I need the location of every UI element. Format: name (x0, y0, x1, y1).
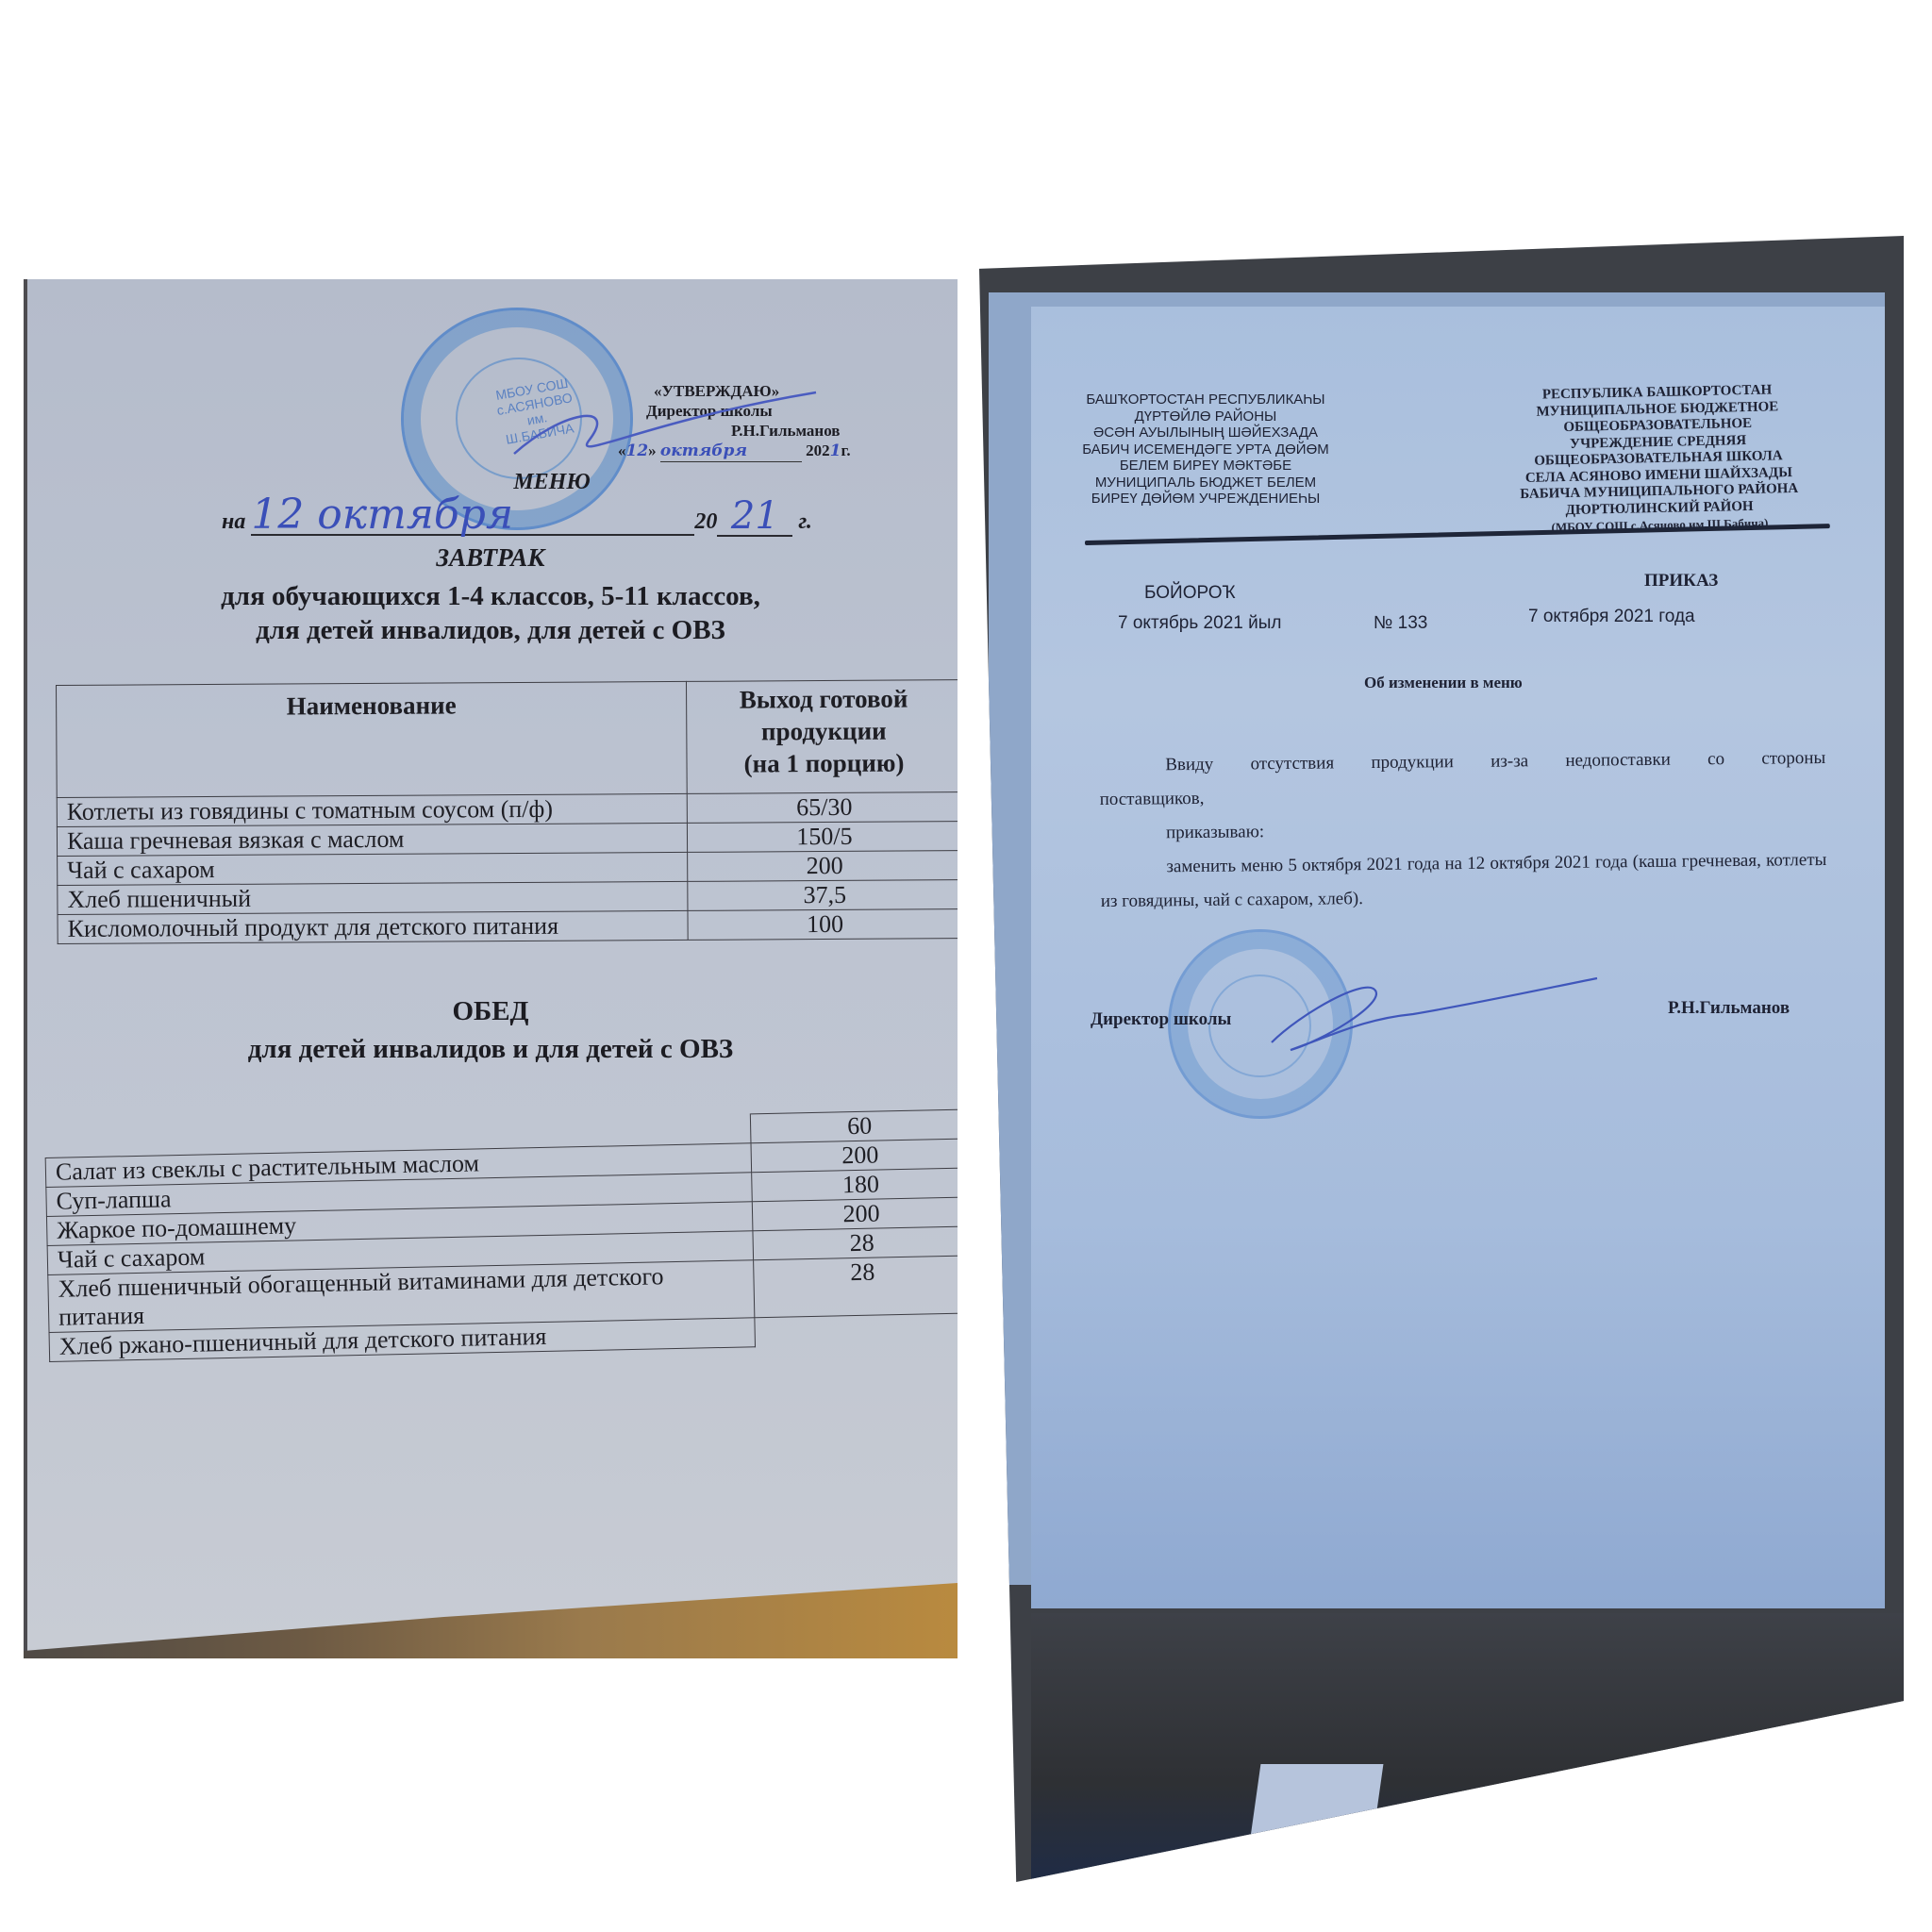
breakfast-table: Наименование Выход готовой продукции (на… (56, 679, 958, 944)
header-bashkir-line: МУНИЦИПАЛЬ БЮДЖЕТ БЕЛЕМ (1064, 475, 1347, 491)
lunch-subtitle: для детей инвалидов и для детей с ОВЗ (24, 1034, 958, 1065)
table-row: Котлеты из говядины с томатным соусом (п… (57, 792, 958, 827)
menu-date-line: на 12 октября2021 г. (222, 496, 812, 537)
breakfast-subtitle: для обучающихся 1-4 классов, 5-11 классо… (24, 579, 958, 647)
header-bashkir-line: ДҮРТӨЙЛӨ РАЙОНЫ (1064, 408, 1347, 425)
dish-output: 200 (688, 851, 958, 882)
order-document: БАШҠОРТОСТАН РЕСПУБЛИКАҺЫ ДҮРТӨЙЛӨ РАЙОН… (979, 236, 1904, 1882)
dish-output: 150/5 (687, 822, 958, 853)
wooden-table-edge (24, 1583, 958, 1658)
column-header-output-line1: Выход готовой (696, 682, 951, 716)
dish-name: Кисломолочный продукт для детского питан… (58, 910, 688, 943)
breakfast-subtitle-line1: для обучающихся 1-4 классов, 5-11 классо… (24, 579, 958, 613)
dish-output: 65/30 (687, 792, 958, 824)
header-bashkir-line: БИРЕҮ ДӨЙӨМ УЧРЕЖДЕНИЕҺЫ (1064, 491, 1347, 508)
dish-output: 28 (754, 1256, 958, 1318)
dish-output: 200 (751, 1139, 958, 1173)
menu-year-prefix: 20 (694, 509, 717, 534)
table-row: Хлеб пшеничный37,5 (58, 880, 958, 915)
header-divider (1085, 524, 1830, 545)
column-header-output-line2: продукции (696, 714, 951, 748)
menu-date-handwritten: 12 октября (251, 496, 694, 536)
dish-name: Хлеб пшеничный (58, 881, 688, 914)
header-bashkir: БАШҠОРТОСТАН РЕСПУБЛИКАҺЫ ДҮРТӨЙЛӨ РАЙОН… (1064, 391, 1347, 508)
dish-name: Каша гречневая вязкая с маслом (57, 823, 687, 856)
order-number: № 133 (1374, 613, 1427, 634)
order-subject: Об изменении в меню (1364, 674, 1523, 692)
dish-output: 180 (752, 1168, 958, 1202)
header-bashkir-line: ӘСӘН АУЫЛЫНЫҢ ШӘЙЕХЗАДА (1064, 425, 1347, 441)
dish-output: 200 (752, 1197, 958, 1231)
director-signature (1262, 967, 1602, 1052)
lunch-table: 60 Салат из свеклы с растительным маслом… (44, 1108, 958, 1361)
title-russian: ПРИКАЗ (1644, 571, 1718, 591)
lunch-rows: 60 Салат из свеклы с растительным маслом… (45, 1109, 958, 1361)
approval-suffix: г. (841, 441, 851, 459)
menu-photo: МБОУ СОШ с.АСЯНОВО им. Ш.БАБИЧА «УТВЕРЖД… (24, 279, 958, 1658)
header-bashkir-line: БЕЛЕМ БИРЕҮ МӘКТӘБЕ (1064, 458, 1347, 475)
dish-output: 60 (750, 1109, 958, 1143)
column-header-output-line3: (на 1 порцию) (696, 746, 951, 780)
header-bashkir-line: БАШҠОРТОСТАН РЕСПУБЛИКАҺЫ (1064, 391, 1347, 408)
column-header-name: Наименование (57, 681, 688, 797)
table-row: Кисломолочный продукт для детского питан… (58, 909, 958, 944)
date-russian: 7 октября 2021 года (1528, 607, 1695, 627)
lunch-title: ОБЕД (24, 996, 958, 1027)
dish-output: 37,5 (688, 880, 958, 911)
table-row: Чай с сахаром200 (58, 851, 958, 886)
table-header-row: Наименование Выход готовой продукции (на… (57, 680, 958, 798)
dish-output: 28 (753, 1226, 958, 1260)
header-russian: РЕСПУБЛИКА БАШКОРТОСТАН МУНИЦИПАЛЬНОЕ БЮ… (1496, 381, 1820, 537)
date-bashkir: 7 октябрь 2021 йыл (1118, 613, 1281, 634)
menu-year-suffix: г. (798, 509, 812, 534)
breakfast-title: ЗАВТРАК (24, 543, 958, 573)
breakfast-rows: Котлеты из говядины с томатным соусом (п… (57, 792, 958, 944)
order-body: Ввиду отсутствия продукции из-за недопос… (1099, 741, 1827, 919)
order-paragraph-action: заменить меню 5 октября 2021 года на 12 … (1100, 843, 1827, 919)
signature-name: Р.Н.Гильманов (1668, 998, 1790, 1019)
menu-year-handwritten: 21 (717, 497, 792, 537)
approval-year: 1 (830, 441, 841, 460)
title-bashkir: БОЙОРОҠ (1144, 583, 1236, 604)
header-bashkir-line: БАБИЧ ИСЕМЕНДӘГЕ УРТА ДӨЙӨМ (1064, 441, 1347, 458)
dish-name: Котлеты из говядины с томатным соусом (п… (57, 793, 687, 826)
director-signature (505, 383, 825, 468)
signature-label: Директор школы (1091, 1009, 1231, 1030)
dish-output (755, 1313, 958, 1347)
column-header-output: Выход готовой продукции (на 1 порцию) (686, 680, 958, 794)
dish-output: 100 (688, 909, 958, 941)
breakfast-subtitle-line2: для детей инвалидов, для детей с ОВЗ (24, 613, 958, 647)
order-paragraph-reason: Ввиду отсутствия продукции из-за недопос… (1099, 741, 1826, 817)
table-row: Каша гречневая вязкая с маслом150/5 (57, 822, 958, 857)
dish-name: Чай с сахаром (58, 852, 688, 885)
menu-date-prefix: на (222, 509, 245, 534)
